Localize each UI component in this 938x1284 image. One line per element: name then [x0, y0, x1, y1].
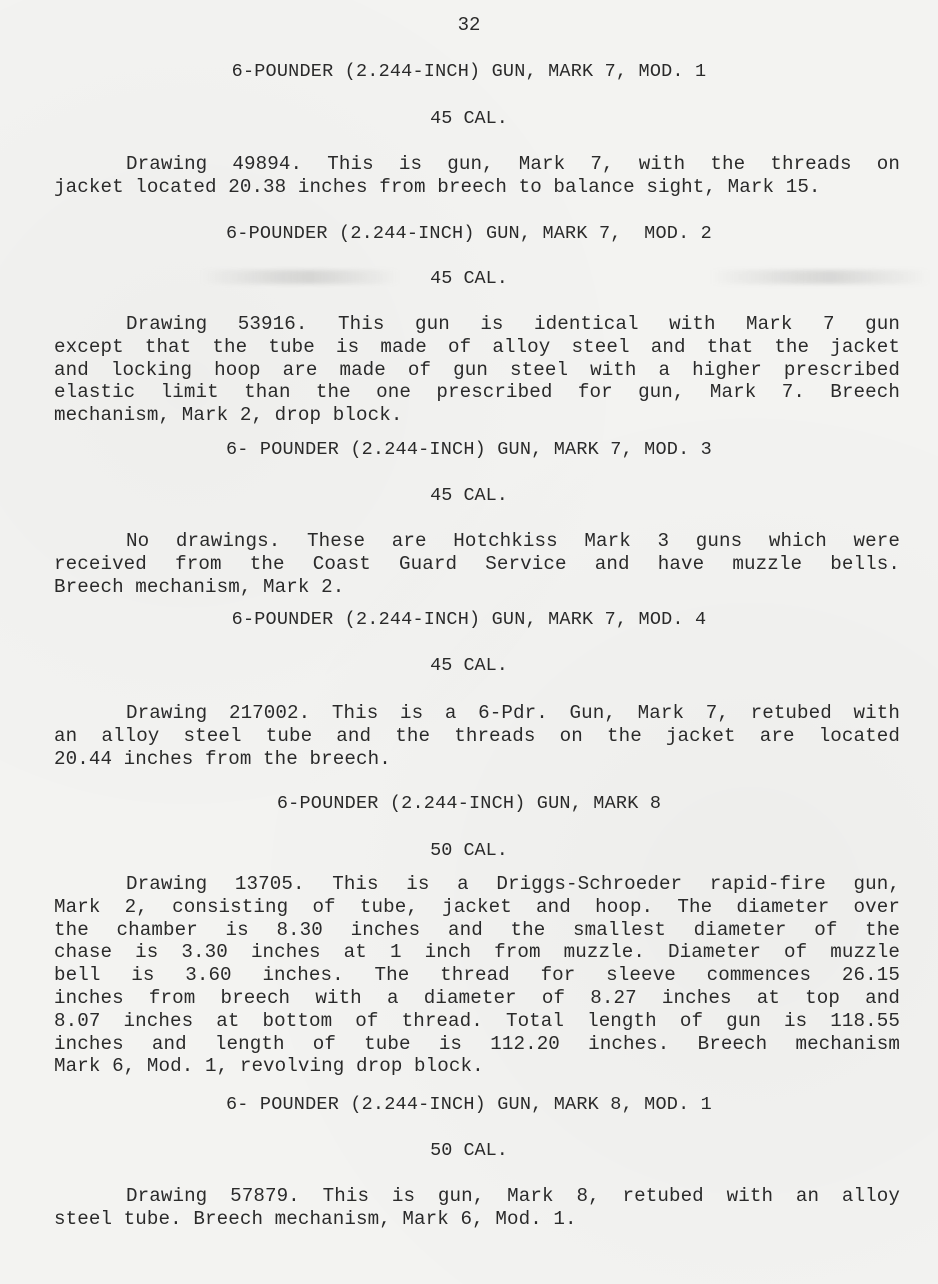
- paragraph-line: Breech mechanism, Mark 2.: [54, 576, 900, 599]
- paragraph-line: received from the Coast Guard Service an…: [54, 553, 900, 576]
- paragraph-line: No drawings. These are Hotchkiss Mark 3 …: [54, 530, 900, 553]
- document-page: 32 6-POUNDER (2.244-INCH) GUN, MARK 7, M…: [0, 0, 938, 1284]
- section-paragraph: Drawing 49894. This is gun, Mark 7, with…: [54, 153, 900, 199]
- paragraph-line: except that the tube is made of alloy st…: [54, 336, 900, 359]
- paragraph-line: an alloy steel tube and the threads on t…: [54, 725, 900, 748]
- paragraph-line: Drawing 53916. This gun is identical wit…: [54, 313, 900, 336]
- paragraph-line: jacket located 20.38 inches from breech …: [54, 176, 900, 199]
- page-number: 32: [0, 14, 938, 36]
- paragraph-line: Drawing 13705. This is a Driggs-Schroede…: [54, 873, 900, 896]
- section-heading: 6- POUNDER (2.244-INCH) GUN, MARK 8, MOD…: [0, 1094, 938, 1115]
- paragraph-line: Drawing 217002. This is a 6-Pdr. Gun, Ma…: [54, 702, 900, 725]
- section-paragraph: Drawing 53916. This gun is identical wit…: [54, 313, 900, 427]
- section-heading: 6-POUNDER (2.244-INCH) GUN, MARK 7, MOD.…: [0, 609, 938, 630]
- section-caliber: 50 CAL.: [0, 1140, 938, 1161]
- paragraph-line: 20.44 inches from the breech.: [54, 748, 900, 771]
- paragraph-line: Drawing 49894. This is gun, Mark 7, with…: [54, 153, 900, 176]
- section-heading: 6-POUNDER (2.244-INCH) GUN, MARK 7, MOD.…: [0, 223, 938, 244]
- paragraph-line: Drawing 57879. This is gun, Mark 8, retu…: [54, 1185, 900, 1208]
- paragraph-line: Mark 6, Mod. 1, revolving drop block.: [54, 1055, 900, 1078]
- section-caliber: 45 CAL.: [0, 485, 938, 506]
- section-heading: 6-POUNDER (2.244-INCH) GUN, MARK 8: [0, 793, 938, 814]
- paragraph-line: inches and length of tube is 112.20 inch…: [54, 1033, 900, 1056]
- paragraph-line: bell is 3.60 inches. The thread for slee…: [54, 964, 900, 987]
- paragraph-line: mechanism, Mark 2, drop block.: [54, 404, 900, 427]
- paragraph-line: and locking hoop are made of gun steel w…: [54, 359, 900, 382]
- section-heading: 6-POUNDER (2.244-INCH) GUN, MARK 7, MOD.…: [0, 61, 938, 82]
- paragraph-line: elastic limit than the one prescribed fo…: [54, 381, 900, 404]
- section-caliber: 45 CAL.: [0, 268, 938, 289]
- section-paragraph: No drawings. These are Hotchkiss Mark 3 …: [54, 530, 900, 598]
- section-paragraph: Drawing 57879. This is gun, Mark 8, retu…: [54, 1185, 900, 1231]
- paragraph-line: chase is 3.30 inches at 1 inch from muzz…: [54, 941, 900, 964]
- section-caliber: 45 CAL.: [0, 655, 938, 676]
- paragraph-line: Mark 2, consisting of tube, jacket and h…: [54, 896, 900, 919]
- section-paragraph: Drawing 217002. This is a 6-Pdr. Gun, Ma…: [54, 702, 900, 770]
- section-heading: 6- POUNDER (2.244-INCH) GUN, MARK 7, MOD…: [0, 439, 938, 460]
- paragraph-line: inches from breech with a diameter of 8.…: [54, 987, 900, 1010]
- section-caliber: 50 CAL.: [0, 840, 938, 861]
- section-caliber: 45 CAL.: [0, 108, 938, 129]
- paragraph-line: the chamber is 8.30 inches and the small…: [54, 919, 900, 942]
- section-paragraph: Drawing 13705. This is a Driggs-Schroede…: [54, 873, 900, 1078]
- paragraph-line: 8.07 inches at bottom of thread. Total l…: [54, 1010, 900, 1033]
- paragraph-line: steel tube. Breech mechanism, Mark 6, Mo…: [54, 1208, 900, 1231]
